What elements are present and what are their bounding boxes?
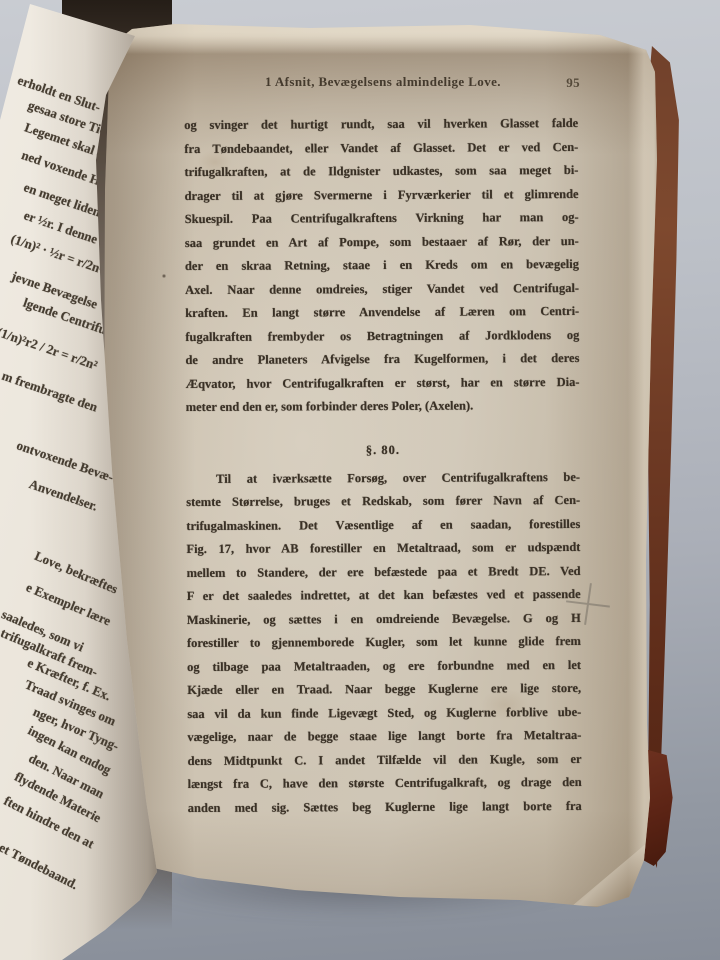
page-header: 1 Afsnit, Bevægelsens almindelige Love. …	[186, 72, 580, 92]
text-line: anden med sig. Sættes beg Kuglerne lige …	[188, 794, 582, 820]
text-line: fugalkraften frembyder os Betragtningen …	[185, 323, 579, 349]
text-line: saa grundet en Art af Pompe, som bestaae…	[185, 229, 579, 255]
text-line: de andre Planeters Afvigelse fra Kugelfo…	[185, 347, 579, 373]
text-line: mellem to Standere, der ere befæstede pa…	[186, 559, 580, 585]
text-line: Maskinerie, og sættes i en omdreiende Be…	[187, 606, 581, 632]
page-number: 95	[566, 73, 580, 93]
text-line: vægelige, naar de begge staae lige langt…	[187, 724, 581, 750]
text-line: længst fra C, have den største Centrifug…	[188, 771, 582, 797]
running-title: 1 Afsnit, Bevægelsens almindelige Love.	[186, 72, 580, 92]
text-line: dens Midtpunkt C. I andet Tilfælde vil d…	[187, 747, 581, 773]
text-line: fra Tøndebaandet, eller Vandet af Glasse…	[184, 135, 578, 161]
text-line: F er det saaledes indrettet, at det kan …	[187, 583, 581, 609]
text-line: Skuespil. Paa Centrifugalkraftens Virkni…	[185, 206, 579, 232]
text-line: og tilbage paa Metaltraaden, og ere forb…	[187, 653, 581, 679]
photo-background: 1 Afsnit, Bevægelsens almindelige Love. …	[0, 0, 720, 960]
pencil-cross-mark	[566, 583, 610, 625]
text-line: Æqvator, hvor Centrifugalkraften er stør…	[186, 370, 580, 396]
text-line: meter end den er, som forbinder deres Po…	[186, 394, 580, 420]
text-line: drager til at gjøre Svermerne i Fyrværke…	[185, 182, 579, 208]
text-line: saa vil da kun finde Ligevægt Sted, og K…	[187, 700, 581, 726]
text-line: Fig. 17, hvor AB forestiller en Metaltra…	[186, 536, 580, 562]
text-line: stemte Størrelse, bruges et Redskab, som…	[186, 489, 580, 515]
text-line: der en skraa Retning, staae i en Kreds o…	[185, 253, 579, 279]
section-heading: §. 80.	[186, 437, 580, 462]
text-line: og svinger det hurtigt rundt, saa vil hv…	[184, 112, 578, 138]
page-body-text: og svinger det hurtigt rundt, saa vil hv…	[184, 112, 582, 820]
text-line: forestiller to gjennemborede Kugler, som…	[187, 630, 581, 656]
text-line: trifugalmaskinen. Det Væsentlige af en s…	[186, 512, 580, 538]
text-line: Til at iværksætte Forsøg, over Centrifug…	[186, 465, 580, 491]
text-line: Kjæde eller en Traad. Naar begge Kuglern…	[187, 677, 581, 703]
text-line: Axel. Naar denne omdreies, stiger Vandet…	[185, 276, 579, 302]
text-line: trifugalkraften, at de Ildgnister udkast…	[184, 159, 578, 185]
text-line: kraften. En langt større Anvendelse af L…	[185, 300, 579, 326]
